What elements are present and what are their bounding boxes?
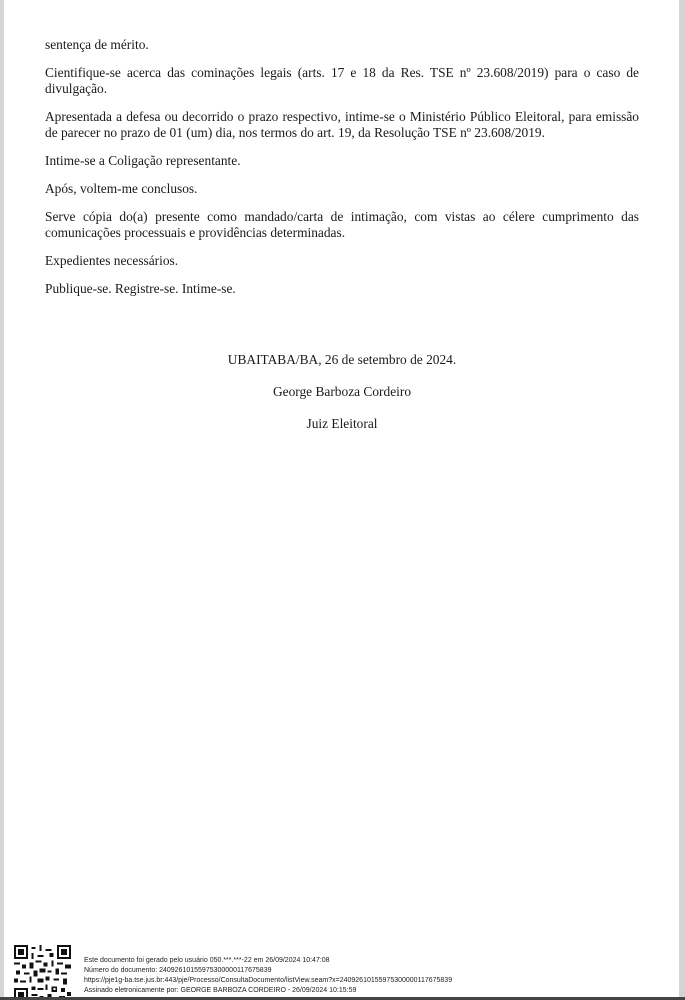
paragraph-apresentada-defesa: Apresentada a defesa ou decorrido o praz…	[45, 109, 639, 141]
document-footer: Este documento foi gerado pelo usuário 0…	[14, 945, 674, 1000]
paragraph-cientifique: Cientifique-se acerca das cominações leg…	[45, 65, 639, 97]
signer-role: Juiz Eleitoral	[45, 416, 639, 448]
qr-code-icon	[14, 945, 71, 1000]
paragraph-apos: Após, voltem-me conclusos.	[45, 181, 639, 197]
signer-name: George Barboza Cordeiro	[45, 384, 639, 416]
paragraph-serve-copia: Serve cópia do(a) presente como mandado/…	[45, 209, 639, 241]
page-left-border	[0, 0, 4, 1000]
document-body: sentença de mérito. Cientifique-se acerc…	[45, 37, 639, 309]
signed-by-text: Assinado eletronicamente por: GEORGE BAR…	[84, 986, 452, 996]
page-right-border	[679, 0, 685, 1000]
paragraph-publique: Publique-se. Registre-se. Intime-se.	[45, 281, 639, 297]
paragraph-sentenca: sentença de mérito.	[45, 37, 639, 53]
document-number-text: Número do documento: 2409261015597530000…	[84, 966, 452, 976]
paragraph-intime-coligacao: Intime-se a Coligação representante.	[45, 153, 639, 169]
place-date: UBAITABA/BA, 26 de setembro de 2024.	[45, 352, 639, 384]
verification-url-link[interactable]: https://pje1g-ba.tse.jus.br:443/pje/Proc…	[84, 976, 452, 986]
footer-metadata: Este documento foi gerado pelo usuário 0…	[84, 956, 452, 996]
paragraph-expedientes: Expedientes necessários.	[45, 253, 639, 269]
generated-by-text: Este documento foi gerado pelo usuário 0…	[84, 956, 452, 966]
signature-block: UBAITABA/BA, 26 de setembro de 2024. Geo…	[45, 352, 639, 448]
